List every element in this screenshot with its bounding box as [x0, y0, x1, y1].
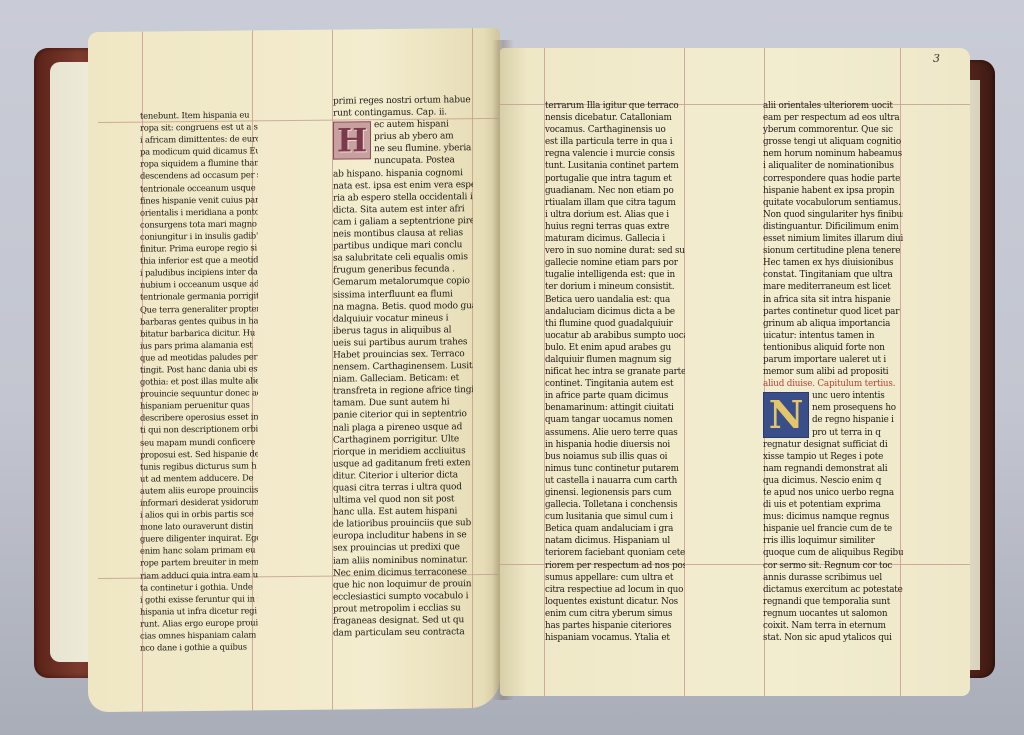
text-line: quitate vocabulorum sentiamus. [763, 197, 903, 209]
text-line: ab hispano. hispania cognomi [333, 167, 473, 181]
text-line: dalquiuir flumen magnum sig [545, 354, 685, 366]
text-line: memor sum alibi ad propositi [763, 366, 903, 378]
text-line: xisse tampio ut Reges i pote [763, 451, 903, 463]
text-line: uocatur ab arabibus sumpto uoca [545, 330, 685, 342]
text-line: nificat hec intra se granate parte [545, 366, 685, 378]
text-line: partes continetur quod licet par [763, 306, 903, 318]
text-line: nata est. ipsa est enim vera espe [333, 179, 473, 193]
text-line: portugalie que intra tagum et [545, 173, 685, 185]
text-line: vocamus. Carthaginensis uo [545, 124, 685, 136]
text-line: vero in suo nomine durat: sed sub [545, 245, 685, 257]
text-line: natam dicimus. Hispaniam ul [545, 535, 685, 547]
text-line: tugalie intelligenda est: que in [545, 269, 685, 281]
text-line: stat. Non sic apud ytalicos qui [763, 632, 903, 644]
text-line: fines hispanie venit cuius par [140, 193, 258, 206]
text-line: Que terra generaliter propter [140, 302, 258, 315]
text-line: Betica quam andaluciam i gra [545, 523, 685, 535]
text-column-1: tenebunt. Item hispania eu ropa sit: con… [140, 108, 258, 653]
text-line: citra respectiue ad locum in quo [545, 584, 685, 596]
text-line: Hec tamen ex hys diuisionibus [763, 257, 903, 269]
text-line: teriorem faciebant quoniam cete [545, 547, 685, 559]
text-line: sex prouincias ut predixi que [333, 542, 473, 556]
text-line: terrarum Illa igitur que terraco [545, 100, 685, 112]
text-line: riam adduci quia intra eam ua [140, 568, 258, 581]
text-line: ter dorium i mineum consistit. [545, 281, 685, 293]
text-line: Gemarum metalorumque copio [333, 276, 473, 290]
text-line: unc uero intentis [812, 390, 903, 402]
text-line: regnandi que temporalia sunt [763, 596, 903, 608]
text-line: in hispania hodie diuersis noi [545, 439, 685, 451]
text-line: bus noiamus sub illis quas oi [545, 451, 685, 463]
text-line: i ultra dorium est. Alias que i [545, 209, 685, 221]
text-line: qua dicimus. Nescio enim q [763, 475, 903, 487]
text-line: regnum uocantes ut salomon [763, 608, 903, 620]
text-line: alii orientales ulteriorem uocit [763, 100, 903, 112]
text-line: nuncupata. Postea [374, 155, 473, 168]
text-line: correspondere quas hodie parte [763, 173, 903, 185]
text-line: grosse tengi ut aliquam cognitio [763, 136, 903, 148]
text-line: panie citerior qui in septentrio [333, 409, 473, 423]
text-line: di uis et potentiam exprima [763, 499, 903, 511]
text-line: maturam dicimus. Gallecia i [545, 233, 685, 245]
text-line: gallecie nomine etiam pars por [545, 257, 685, 269]
text-line: hispanie habent ex ipsa propin [763, 185, 903, 197]
text-line: Carthaginem porrigitur. Ulte [333, 433, 473, 447]
text-line: loquentes existunt dicatur. Nos [545, 596, 685, 608]
text-line: riorem per respectum ad nos pos [545, 560, 685, 572]
text-line: ti qui non descriptionem orbis i [140, 423, 258, 436]
text-line: grinum ab aliqua importancia [763, 318, 903, 330]
text-line: ne seu flumine. yberia [374, 143, 473, 156]
text-line: tentrionale occeanum usque ad [140, 181, 258, 194]
right-page: terrarum Illa igitur que terraco nensis … [500, 48, 970, 696]
text-line: tunt. Lusitania continet partem [545, 160, 685, 172]
text-line: ta continetur i gothia. Unde [140, 580, 258, 593]
text-line: nem prosequens ho [812, 402, 903, 414]
text-line: annis durasse scribimus uel [763, 572, 903, 584]
text-line: nam regnandi demonstrat ali [763, 463, 903, 475]
text-line: eam per respectum ad eos ultra [763, 112, 903, 124]
illuminated-initial-n: N [763, 392, 809, 438]
text-line: nensis dicebatur. Catalloniam [545, 112, 685, 124]
text-line: coixit. Nam terra in eternum [763, 620, 903, 632]
text-line: transfreta in regione africe tingi [333, 384, 473, 398]
text-line: na magna. Betis. quod modo gua [333, 300, 473, 314]
text-line: te apud nos unico uerbo regna [763, 487, 903, 499]
text-line: constat. Tingitaniam que ultra [763, 269, 903, 281]
text-line: gallecia. Tolletana i conchensis [545, 499, 685, 511]
text-line: has partes hispanie citeriores [545, 620, 685, 632]
text-line: ius pars prima alamania est [140, 338, 258, 351]
text-line: continet. Tingitania autem est [545, 378, 685, 390]
text-line: primi reges nostri ortum habue [333, 94, 473, 108]
text-line: benamarinum: attingit ciuitati [545, 402, 685, 414]
text-line: nco dane i gothie a quibus [140, 641, 258, 654]
text-line: ut ad mentem adducere. De [140, 471, 258, 484]
text-line: iam aliis nominibus nominatur. [333, 554, 473, 568]
text-line: in africe parte quam dicimus [545, 390, 685, 402]
text-line: andaluciam dicimus dicta a be [545, 306, 685, 318]
text-line: tunis regibus dicturus sum h [140, 459, 258, 472]
text-line: rris illis loquimur similiter [763, 535, 903, 547]
photo-scene: tenebunt. Item hispania eu ropa sit: con… [0, 0, 1024, 735]
text-line: i aliqualiter de nominationibus [763, 160, 903, 172]
text-line: est illa particula terre in qua i [545, 136, 685, 148]
text-line: pro ut terra in q [812, 427, 903, 439]
text-line: cor sermo sit. Regnum cor toc [763, 560, 903, 572]
left-page: tenebunt. Item hispania eu ropa sit: con… [88, 28, 500, 712]
text-line: sissima interfluunt ea flumi [333, 288, 473, 302]
text-line: esset nimium limites illarum diui [763, 233, 903, 245]
text-line: mus: dicimus namque regnus [763, 511, 903, 523]
text-line: quam tangar uocamus nomen [545, 414, 685, 426]
folio-number: 3 [933, 52, 940, 65]
text-line: orientalis i meridiana a ponto [140, 205, 258, 218]
text-line: mare mediterraneum est licet [763, 281, 903, 293]
text-line: thi flumine quod guadalquiuir [545, 318, 685, 330]
text-column-2: primi reges nostri ortum habue runt cont… [333, 94, 473, 640]
text-line: distinguantur. Dificilimum enim [763, 221, 903, 233]
text-line: huius regni terras quas extre [545, 221, 685, 233]
text-line: assumens. Alie uero terre quas [545, 427, 685, 439]
text-line: proposui est. Sed hispanie de [140, 447, 258, 460]
text-line: yberum commorentur. Que sic [763, 124, 903, 136]
text-line: ginensi. legionensis pars cum [545, 487, 685, 499]
text-line: barbaras gentes quibus in ha [140, 314, 258, 327]
illuminated-initial-h: H [333, 121, 371, 159]
text-line: quoque cum de aliquibus Regibu [763, 547, 903, 559]
text-line: tentrionale germania porrigit [140, 290, 258, 303]
text-line: cum lusitania que simul cum i [545, 511, 685, 523]
text-line: Non quod singulariter hys finibus [763, 209, 903, 221]
text-line: nem horum nominum habeamus [763, 148, 903, 160]
text-line: hispanie uel francie cum de te [763, 523, 903, 535]
text-line: rtiualam illam que citra tagum [545, 197, 685, 209]
text-line: descendens ad occasum per sep [140, 169, 258, 182]
text-line: bitatur barbarica dicitur. Hu [140, 326, 258, 339]
text-line: nali plaga a pireneo usque ad [333, 421, 473, 435]
text-line: sumus appellare: cum ultra et [545, 572, 685, 584]
text-line: dictamus exercitum ac potestate [763, 584, 903, 596]
text-line: bulo. Et enim apud arabes gu [545, 342, 685, 354]
text-line: guadianam. Nec non etiam po [545, 185, 685, 197]
text-line: ut castella i nauarra cum carth [545, 475, 685, 487]
text-line: dam particulam seu contracta [333, 626, 473, 640]
text-line: de regno hispanie i [812, 414, 903, 426]
text-line: regna valencie i murcie consis [545, 148, 685, 160]
text-line: Nec enim dicimus terraconese [333, 566, 473, 580]
text-line: regnatur designat sufficiat di [763, 439, 903, 451]
text-line: tentionibus aliquid forte non [763, 342, 903, 354]
text-line: enim cum citra yberum simus [545, 608, 685, 620]
text-line: sionum certitudine plena tenere [763, 245, 903, 257]
chapter-heading-rubric: aliud diuise. Capitulum tertius. [763, 378, 903, 390]
text-line: Betica uero uandalia est: qua [545, 294, 685, 306]
text-line: uicatur: intentus tamen in [763, 330, 903, 342]
text-line: i gothi exisse feruntur qui in i [140, 592, 258, 605]
text-line: rope partem breuiter in memo [140, 556, 258, 569]
text-line: parum importare ualeret ut i [763, 354, 903, 366]
text-line: nimus tunc continetur putarem [545, 463, 685, 475]
text-line: prius ab ybero am [374, 130, 473, 143]
text-column-3: terrarum Illa igitur que terraco nensis … [545, 100, 685, 644]
text-column-4: alii orientales ulteriorem uocit eam per… [763, 100, 903, 644]
text-line: hispaniam vocamus. Ytalia et [545, 632, 685, 644]
text-line: in africa sita sit intra hispanie [763, 294, 903, 306]
text-line: ec autem hispani [374, 118, 473, 131]
text-line: seu mapam mundi conficere [140, 435, 258, 448]
